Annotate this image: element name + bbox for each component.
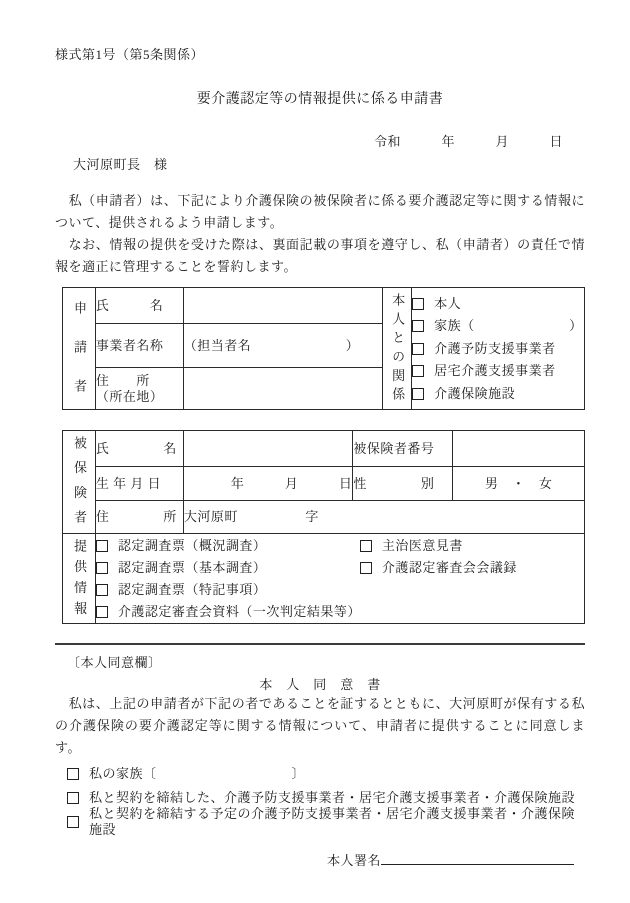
applicant-address-label: 住 所 （所在地） <box>95 368 183 410</box>
consent-title: 本 人 同 意 書 <box>55 677 585 693</box>
provided-info-cell: 認定調査票（概況調査） 主治医意見書 認定調査票（基本調査） <box>95 534 584 624</box>
provided-item: 介護認定審査会資料（一次判定結果等） <box>96 604 360 620</box>
relation-options-cell: 本人 家族（ ） 介護予防支援事業者 居宅介護支援事業者 <box>412 288 585 410</box>
insured-address-label: 住 所 <box>95 501 183 534</box>
relation-option-yobou: 介護予防支援事業者 <box>412 337 584 360</box>
insured-birthdate-label: 生 年 月 日 <box>95 467 183 501</box>
consent-option-planned-contract: 私と契約を締結する予定の介護予防支援事業者・居宅介護支援事業者・介護保険施設 <box>67 810 585 834</box>
intro-paragraph-1: 私（申請者）は、下記により介護保険の被保険者に係る要介護認定等に関する情報につい… <box>55 190 585 234</box>
applicant-address-label-line2: （所在地） <box>96 389 183 405</box>
relation-group-header: 本人との関係 <box>383 288 412 410</box>
insured-name-field[interactable] <box>183 431 353 467</box>
addressee-line: 大河原町長 様 <box>55 157 585 173</box>
provided-info-group-label: 提供情報 <box>71 539 87 622</box>
insured-group-label: 被保険者 <box>71 436 87 533</box>
signature-label: 本人署名 <box>327 853 381 868</box>
checkbox-icon[interactable] <box>67 816 79 828</box>
relation-option-label: 介護保険施設 <box>434 386 515 402</box>
insured-number-label: 被保険者番号 <box>353 431 453 467</box>
consent-option-label: 私と契約を締結した、介護予防支援事業者・居宅介護支援事業者・介護保険施設 <box>89 790 575 806</box>
applicant-business-label: 事業者名称 <box>95 324 183 368</box>
form-number: 様式第1号（第5条関係） <box>55 47 585 63</box>
consent-body: 私は、上記の申請者が下記の者であることを証するとともに、大河原町が保有する私の介… <box>55 693 585 759</box>
application-form-page: 様式第1号（第5条関係） 要介護認定等の情報提供に係る申請書 令和 年 月 日 … <box>0 0 630 903</box>
section-divider <box>55 643 585 645</box>
consent-option-label: 私の家族〔 〕 <box>89 766 305 782</box>
checkbox-icon[interactable] <box>96 540 108 552</box>
applicant-name-field[interactable] <box>183 288 383 324</box>
checkbox-icon[interactable] <box>67 768 79 780</box>
provided-info-row: 認定調査票（特記事項） <box>96 579 584 601</box>
intro-paragraph-2: なお、情報の提供を受けた際は、裏面記載の事項を遵守し、私（申請者）の責任で情報を… <box>55 234 585 278</box>
intro-block: 私（申請者）は、下記により介護保険の被保険者に係る要介護認定等に関する情報につい… <box>55 190 585 278</box>
relation-option-label: 家族（ ） <box>434 318 583 334</box>
provided-item-label: 認定調査票（概況調査） <box>118 538 267 554</box>
checkbox-icon[interactable] <box>67 792 79 804</box>
applicant-address-label-line1: 住 所 <box>96 373 183 389</box>
applicant-business-field[interactable]: （担当者名 ） <box>183 324 383 368</box>
relation-option-kazoku: 家族（ ） <box>412 315 584 338</box>
checkbox-icon[interactable] <box>96 562 108 574</box>
provided-item: 認定調査票（特記事項） <box>96 582 360 598</box>
insured-birthdate-field[interactable]: 年 月 日 <box>183 467 353 501</box>
date-line: 令和 年 月 日 <box>55 134 585 150</box>
provided-info-row: 認定調査票（基本調査） 介護認定審査会会議録 <box>96 557 584 579</box>
checkbox-icon[interactable] <box>96 606 108 618</box>
provided-item-label: 介護認定審査会資料（一次判定結果等） <box>118 604 360 620</box>
provided-item: 主治医意見書 <box>360 538 463 554</box>
relation-option-kyotaku: 居宅介護支援事業者 <box>412 360 584 383</box>
provided-item: 認定調査票（概況調査） <box>96 538 360 554</box>
provided-item-label: 認定調査票（基本調査） <box>118 560 267 576</box>
consent-options: 私の家族〔 〕 私と契約を締結した、介護予防支援事業者・居宅介護支援事業者・介護… <box>55 762 585 834</box>
consent-option-label: 私と契約を締結する予定の介護予防支援事業者・居宅介護支援事業者・介護保険施設 <box>89 806 585 838</box>
applicant-table: 申請者 氏 名 本人との関係 本人 家族（ ） <box>62 287 585 410</box>
provided-item-label: 介護認定審査会会議録 <box>382 560 517 576</box>
provided-item-label: 主治医意見書 <box>382 538 463 554</box>
relation-group-label: 本人との関係 <box>389 293 405 406</box>
relation-option-honnin: 本人 <box>412 292 584 315</box>
consent-option-family: 私の家族〔 〕 <box>67 762 585 786</box>
checkbox-icon[interactable] <box>412 298 424 310</box>
insured-address-field[interactable]: 大河原町 字 <box>183 501 584 534</box>
relation-option-label: 介護予防支援事業者 <box>434 341 556 357</box>
consent-section-label: 〔本人同意欄〕 <box>55 655 585 671</box>
provided-info-row: 介護認定審査会資料（一次判定結果等） <box>96 601 584 623</box>
provided-item: 認定調査票（基本調査） <box>96 560 360 576</box>
insured-sex-label: 性 別 <box>353 467 453 501</box>
relation-option-label: 本人 <box>434 296 461 312</box>
insured-table: 被保険者 氏 名 被保険者番号 生 年 月 日 年 月 日 性 別 男 ・ 女 … <box>62 430 585 624</box>
checkbox-icon[interactable] <box>360 562 372 574</box>
checkbox-icon[interactable] <box>360 540 372 552</box>
provided-info-row: 認定調査票（概況調査） 主治医意見書 <box>96 535 584 557</box>
checkbox-icon[interactable] <box>96 584 108 596</box>
checkbox-icon[interactable] <box>412 343 424 355</box>
provided-item-label: 認定調査票（特記事項） <box>118 582 267 598</box>
relation-option-shisetsu: 介護保険施設 <box>412 382 584 405</box>
applicant-address-field[interactable] <box>183 368 383 410</box>
insured-number-field[interactable] <box>453 431 585 467</box>
checkbox-icon[interactable] <box>412 365 424 377</box>
insured-group-header: 被保険者 <box>63 431 96 534</box>
signature-row: 本人署名 <box>55 851 585 869</box>
applicant-group-label: 申請者 <box>71 301 87 410</box>
checkbox-icon[interactable] <box>412 320 424 332</box>
insured-sex-field[interactable]: 男 ・ 女 <box>453 467 585 501</box>
relation-option-label: 居宅介護支援事業者 <box>434 363 556 379</box>
provided-info-group-header: 提供情報 <box>63 534 96 624</box>
applicant-name-label: 氏 名 <box>95 288 183 324</box>
page-title: 要介護認定等の情報提供に係る申請書 <box>55 92 585 108</box>
applicant-group-header: 申請者 <box>63 288 96 410</box>
checkbox-icon[interactable] <box>412 388 424 400</box>
provided-item: 介護認定審査会会議録 <box>360 560 517 576</box>
insured-name-label: 氏 名 <box>95 431 183 467</box>
signature-line[interactable] <box>381 851 574 865</box>
